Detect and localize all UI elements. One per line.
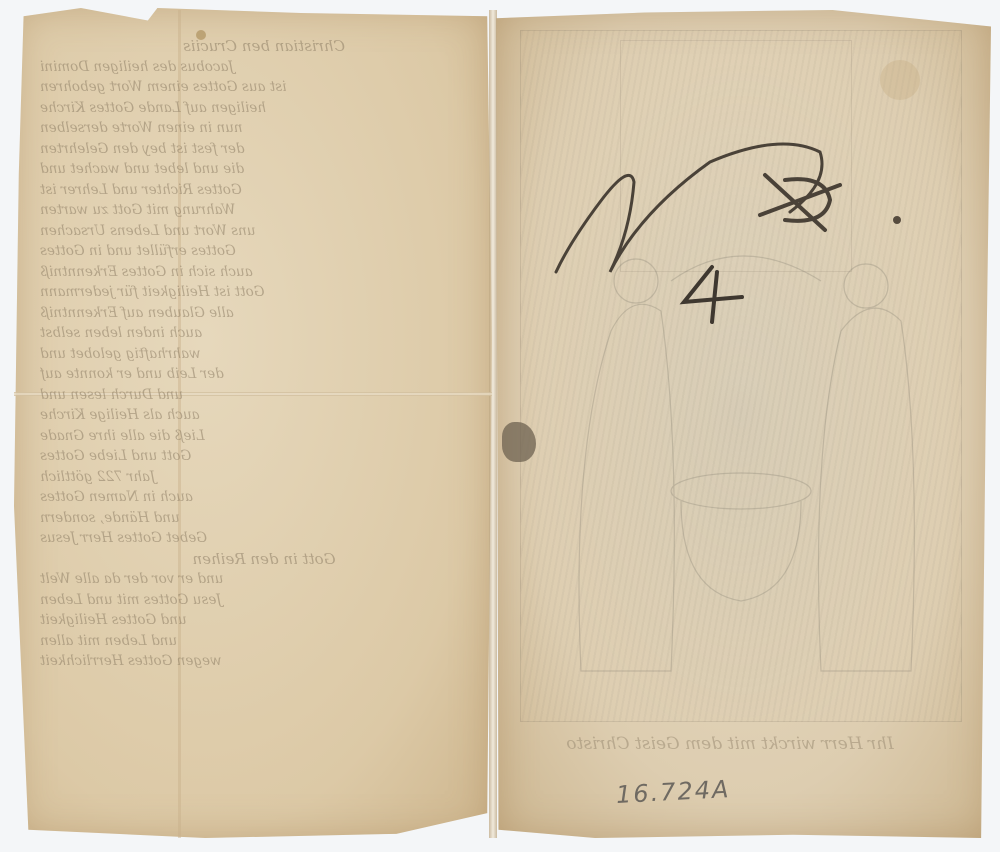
text-line: nun in einen Worte derselben — [40, 118, 488, 139]
text-line: wegen Gottes Herrlichkeit — [40, 651, 488, 672]
text-line: Gott und Liebe Gottes — [40, 446, 488, 467]
water-stain — [880, 60, 920, 100]
text-line: der fest ist bey den Gelehrten — [40, 139, 488, 160]
text-line: Ließ die alle ihre Gnade — [40, 426, 488, 447]
text-line: der Leib und er konnte auf — [40, 364, 488, 385]
handwritten-four-icon — [672, 262, 752, 327]
text-line: und Leben mit allen — [40, 631, 488, 652]
bleed-through-text: Christian ben Cruciis Jacobus des heilig… — [40, 36, 488, 672]
text-line: auch inden leben selbst — [40, 323, 488, 344]
text-line: und Durch lesen und — [40, 385, 488, 406]
text-line: auch in Namen Gottes — [40, 487, 488, 508]
center-fold — [489, 10, 497, 838]
text-line: Jesu Gottes mit und Leben — [40, 590, 488, 611]
text-line: und Hände, sondern — [40, 508, 488, 529]
text-line: heiligen auf Lande Gottes Kirche — [40, 98, 488, 119]
text-line: Jacobus des heiligen Domini — [40, 57, 488, 78]
text-line: Wahrung mit Gott zu warten — [40, 200, 488, 221]
text-line: und er vor der da alle Welt — [40, 569, 488, 590]
section-heading: Gott in den Reihen — [40, 549, 488, 570]
text-line: uns Wort und Lebens Ursachen — [40, 221, 488, 242]
text-line: wahrhaftig gelobet und — [40, 344, 488, 365]
text-line: die und lebet und wachet und — [40, 159, 488, 180]
text-line: Jahr 722 göttlich — [40, 467, 488, 488]
stain-spot — [196, 30, 206, 40]
text-line: alle Glauben auf Erkenntniß — [40, 303, 488, 324]
text-line: Gottes erfüllet und in Gottes — [40, 241, 488, 262]
text-line: ist aus Gottes einem Wort gebohren — [40, 77, 488, 98]
engraving-caption: Ihr Herr wirckt mit dem Geist Christo — [510, 734, 950, 754]
stain-spot — [893, 216, 901, 224]
text-line: auch sich in Gottes Erkenntniß — [40, 262, 488, 283]
ink-blot — [502, 422, 536, 462]
text-line: auch als Heilige Kirche — [40, 405, 488, 426]
accession-number: 16.724A — [615, 775, 731, 809]
text-line: und Gottes Heiligkeit — [40, 610, 488, 631]
text-line: Gottes Richter und Lehrer ist — [40, 180, 488, 201]
text-line: Gott ist Heiligkeit für jedermann — [40, 282, 488, 303]
crossed-monogram-icon — [755, 165, 845, 245]
text-line: Gebet Gottes Herr Jesus — [40, 528, 488, 549]
text-heading: Christian ben Cruciis — [40, 36, 488, 57]
